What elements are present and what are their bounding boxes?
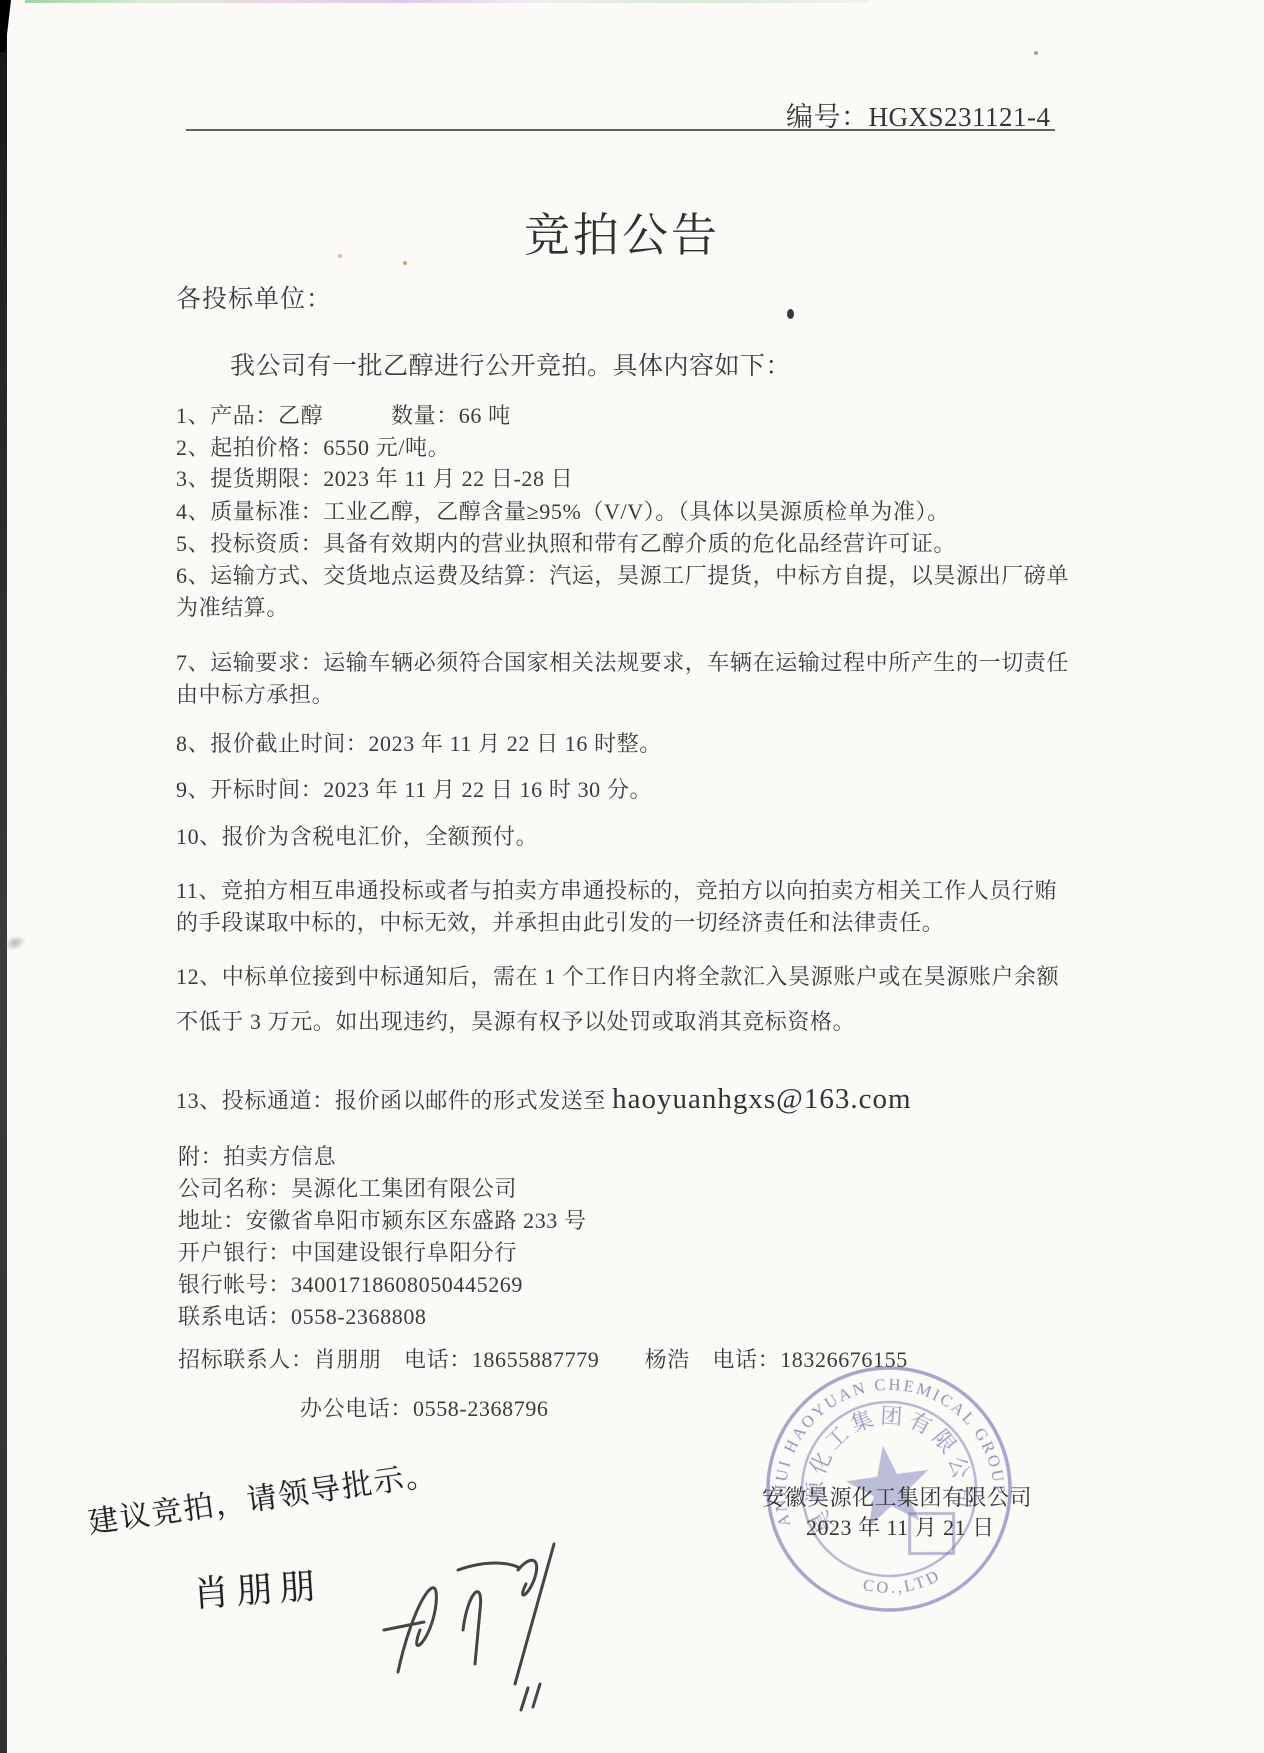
scan-top-streak (25, 0, 870, 3)
scan-corner-mark (0, 0, 11, 52)
page-title: 竞拍公告 (524, 199, 720, 265)
scanned-document-page: 编号：HGXS231121-4 竞拍公告 各投标单位： 我公司有一批乙醇进行公开… (0, 0, 1264, 1753)
paper-speck (338, 254, 342, 258)
body-line-9: 9、开标时间：2023 年 11 月 22 日 16 时 30 分。 (176, 773, 652, 804)
body-line-7b: 由中标方承担。 (176, 678, 334, 709)
intro-paragraph: 我公司有一批乙醇进行公开竞拍。具体内容如下： (230, 346, 791, 382)
body-line-2: 2、起拍价格：6550 元/吨。 (176, 431, 450, 462)
salutation: 各投标单位： (176, 279, 332, 315)
header-underline (186, 129, 1055, 131)
body-line-8: 8、报价截止时间：2023 年 11 月 22 日 16 时整。 (176, 727, 662, 758)
bid-email: haoyuanhgxs@163.com (612, 1083, 911, 1115)
bank-line: 开户银行：中国建设银行阜阳分行 (178, 1236, 517, 1267)
address-line: 地址：安徽省阜阳市颍东区东盛路 233 号 (178, 1204, 587, 1235)
signature-date: 2023 年 11 月 21 日 (806, 1511, 995, 1542)
body-line-6: 6、运输方式、交货地点运费及结算：汽运，昊源工厂提货，中标方自提，以昊源出厂磅单 (176, 559, 1069, 590)
bid-channel-text: 13、投标通道：报价函以邮件的形式发送至 (176, 1088, 612, 1113)
paper-speck (1034, 51, 1038, 55)
body-line-4: 4、质量标准：工业乙醇，乙醇含量≥95%（V/V）。（具体以昊源质检单为准）。 (176, 495, 950, 526)
ink-dot (787, 309, 794, 319)
body-line-5: 5、投标资质：具备有效期内的营业执照和带有乙醇介质的危化品经营许可证。 (176, 527, 956, 558)
office-phone-line: 办公电话：0558-2368796 (300, 1392, 549, 1423)
body-line-3: 3、提货期限：2023 年 11 月 22 日-28 日 (176, 462, 573, 493)
scan-left-edge-bar (0, 0, 7, 1753)
body-line-13: 13、投标通道：报价函以邮件的形式发送至 haoyuanhgxs@163.com (176, 1083, 912, 1116)
body-line-10: 10、报价为含税电汇价，全额预付。 (176, 820, 538, 851)
signature-company: 安徽昊源化工集团有限公司 (762, 1481, 1032, 1512)
body-line-12b: 不低于 3 万元。如出现违约，昊源有权予以处罚或取消其竞标资格。 (176, 1005, 855, 1036)
bank-account-line: 银行帐号：34001718608050445269 (178, 1268, 523, 1299)
paper-speck (403, 261, 407, 265)
body-line-1: 1、产品：乙醇 数量：66 吨 (176, 399, 511, 430)
body-line-12: 12、中标单位接到中标通知后，需在 1 个工作日内将全款汇入昊源账户或在昊源账户… (176, 960, 1059, 991)
contact-phone-line: 联系电话：0558-2368808 (178, 1300, 427, 1331)
handwritten-signer-name: 肖朋朋 (191, 1558, 323, 1618)
company-name-line: 公司名称：昊源化工集团有限公司 (178, 1172, 517, 1203)
body-line-11: 11、竞拍方相互串通投标或者与拍卖方串通投标的，竞拍方以向拍卖方相关工作人员行贿 (176, 874, 1057, 905)
handwritten-signature-scribble (368, 1512, 578, 1712)
body-line-11b: 的手段谋取中标的，中标无效，并承担由此引发的一切经济责任和法律责任。 (176, 906, 944, 937)
stamp-latin-bottom-text: CO.,LTD (859, 1564, 945, 1602)
attachment-heading: 附：拍卖方信息 (178, 1140, 336, 1171)
body-line-7: 7、运输要求：运输车辆必须符合国家相关法规要求，车辆在运输过程中所产生的一切责任 (176, 646, 1069, 677)
body-line-6b: 为准结算。 (176, 591, 289, 622)
